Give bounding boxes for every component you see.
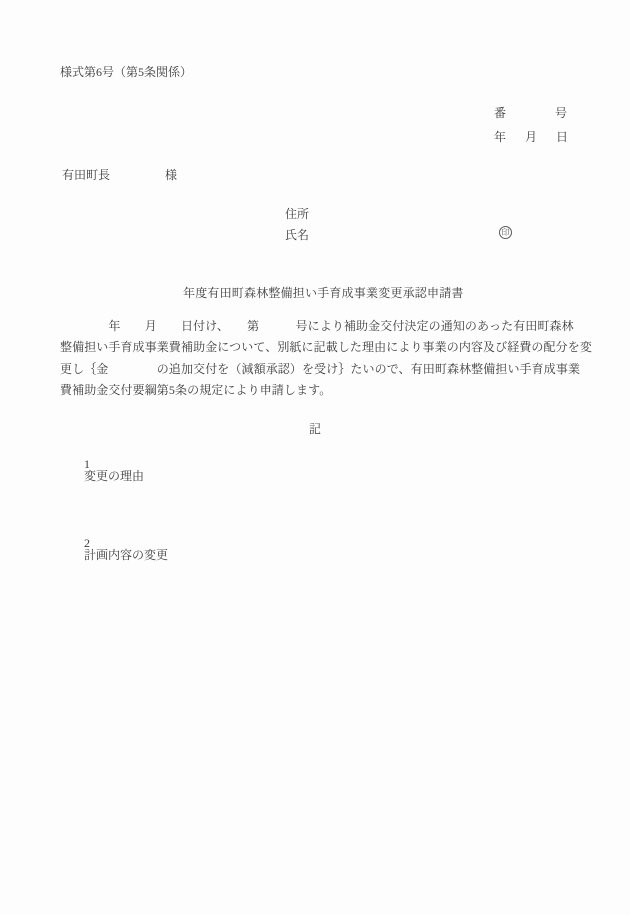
applicant-name-label: 氏名 [285,229,309,241]
seal-icon: 印 [499,226,512,239]
item-label: 計画内容の変更 [84,548,168,562]
applicant-address-label: 住所 [285,208,309,220]
body-paragraph: 年 月 日付け、 第 号により補助金交付決定の通知のあった有田町森林 整備担い手… [60,316,580,402]
body-line: 費補助金交付要綱第5条の規定により申請します。 [60,380,580,401]
item-label: 変更の理由 [84,469,144,483]
date-month-label: 月 [525,131,537,143]
list-item: 1 変更の理由 [72,446,144,494]
body-line: 年 月 日付け、 第 号により補助金交付決定の通知のあった有田町森林 [60,316,580,337]
body-line: 整備担い手育成事業費補助金について、別紙に記載した理由により事業の内容及び経費の… [60,337,580,358]
seal-character: 印 [502,229,510,237]
record-heading: 記 [0,423,630,435]
form-number: 様式第6号（第5条関係） [60,66,192,78]
body-line: 更し｛金 の追加交付を（減額承認）を受け｝たいので、有田町森林整備担い手育成事業 [60,359,580,380]
list-item: 2 計画内容の変更 [72,525,168,573]
document-title: 年度有田町森林整備担い手育成事業変更承認申請書 [183,287,464,299]
date-day-label: 日 [556,131,568,143]
document-page: 様式第6号（第5条関係） 番 号 年 月 日 有田町長 様 住所 氏名 印 年度… [0,0,630,915]
doc-number-unit: 号 [555,107,567,119]
addressee-honorific: 様 [165,169,177,181]
doc-number-label: 番 [494,107,506,119]
addressee-name: 有田町長 [62,169,110,181]
date-year-label: 年 [494,131,506,143]
